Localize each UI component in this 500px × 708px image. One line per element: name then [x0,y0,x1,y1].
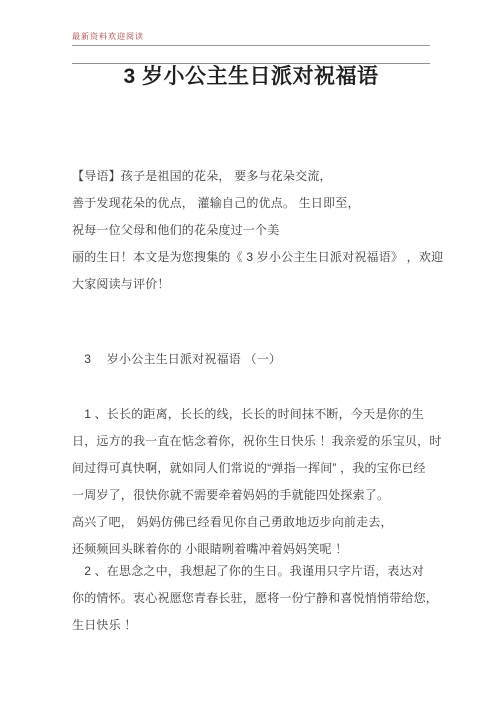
paragraph-1: 1 、长长的距离，长长的线，长长的时间抹不断，今天是你的生 日，远方的我一直在惦… [72,401,442,563]
header-watermark-text: 最新资料欢迎阅读 [72,31,144,42]
document-page: 最新资料欢迎阅读 3 岁小公主生日派对祝福语 【导语】孩子是祖国的花朵， 要多与… [0,0,500,708]
header-rule-top [72,45,430,46]
lead-paragraph: 【导语】孩子是祖国的花朵， 要多与花朵交流， 善于发现花朵的优点， 灌输自己的优… [72,163,443,298]
section-heading: 3 岁小公主生日派对祝福语 （一） [72,346,281,373]
paragraph-2: 2 、在思念之中，我想起了你的生日。我谨用只字片语，表达对 你的情怀。衷心祝愿您… [72,558,438,639]
document-title: 3 岁小公主生日派对祝福语 [72,62,430,92]
